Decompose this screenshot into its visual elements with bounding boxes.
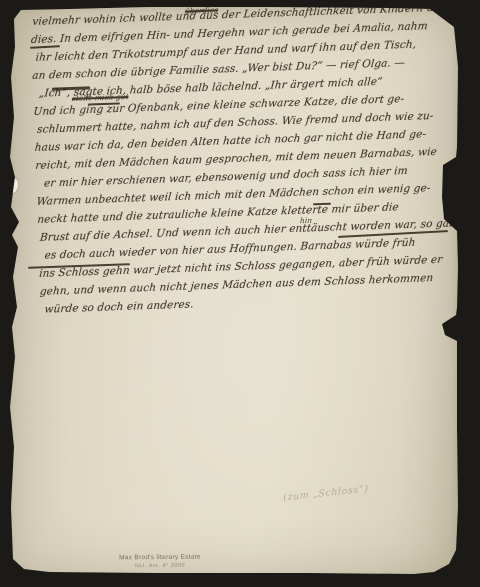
interline-insertion: überdies — [185, 5, 219, 15]
paper-edge-chip — [8, 177, 19, 193]
strikethrough-mark — [440, 11, 462, 17]
interline-insertion: hin — [300, 216, 313, 225]
photo-background: vielmehr wohin ich wollte und aus der Le… — [0, 0, 480, 587]
stamp-line-2: NLI. Arc. 4° 2000 — [105, 562, 215, 571]
pencil-annotation: (zum „Schloss“) — [283, 483, 368, 503]
manuscript-paper-sheet: vielmehr wohin ich wollte und aus der Le… — [9, 7, 458, 578]
estate-stamp: Max Brod's literary Estate NLI. Arc. 4° … — [105, 553, 215, 571]
handwritten-text-block: vielmehr wohin ich wollte und aus der Le… — [29, 0, 467, 319]
